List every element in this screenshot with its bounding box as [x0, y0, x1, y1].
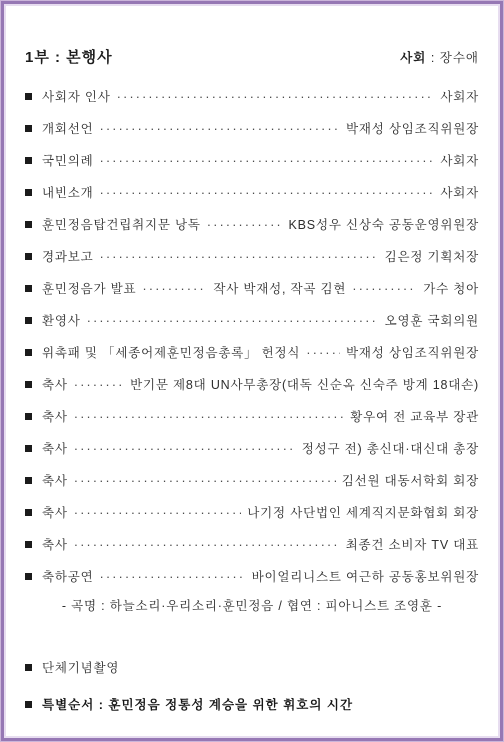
program-item: 축사 반기문 제8대 UN사무총장(대독 신순옥 신숙주 방계 18대손)	[25, 368, 479, 400]
program-item: 위촉패 및 「세종어제훈민정음총록」 헌정식 박재성 상임조직위원장	[25, 336, 479, 368]
program-item: 훈민정음가 발표 작사 박재성, 작곡 김현 가수 청아	[25, 272, 479, 304]
program-item: 훈민정음탑건립취지문 낭독 KBS성우 신상숙 공동운영위원장	[25, 208, 479, 240]
host-label: 사회	[400, 51, 426, 65]
program-item-presenter: 반기문 제8대 UN사무총장(대독 신순옥 신숙주 방계 18대손)	[130, 375, 479, 393]
program-item-label: 개회선언	[42, 119, 94, 137]
program-item-presenter: 사회자	[440, 183, 479, 201]
dot-leader	[100, 153, 435, 168]
program-item-presenter: 나기정 사단법인 세계직지문화협회 회장	[247, 503, 479, 521]
host-name: : 장수애	[426, 51, 479, 65]
program-item-presenter: KBS성우 신상숙 공동운영위원장	[289, 215, 479, 233]
program-item: 환영사 오영훈 국회의원	[25, 304, 479, 336]
program-item: 내빈소개 사회자	[25, 176, 479, 208]
program-item: 축사 나기정 사단법인 세계직지문화협회 회장	[25, 496, 479, 528]
program-item-label: 축하공연	[42, 567, 94, 585]
bullet-square-icon	[25, 253, 32, 260]
program-item-detail: 작사 박재성, 작곡 김현	[213, 279, 346, 297]
program-item-presenter: 황우여 전 교육부 장관	[350, 407, 479, 425]
program-item-label: 축사	[42, 503, 68, 521]
program-item-presenter: 박재성 상임조직위원장	[346, 119, 479, 137]
program-item-label: 경과보고	[42, 247, 94, 265]
bullet-square-icon	[25, 541, 32, 548]
dot-leader	[100, 249, 379, 264]
program-item-label: 축사	[42, 471, 68, 489]
dot-leader	[74, 473, 336, 488]
program-item: 축하공연 바이얼리니스트 여근하 공동홍보위원장	[25, 560, 479, 592]
program-item-presenter: 사회자	[440, 87, 479, 105]
song-credit-note: - 곡명 : 하늘소리·우리소리·훈민정음 / 협연 : 피아니스트 조영훈 -	[25, 594, 479, 618]
program-item-label: 국민의례	[42, 151, 94, 169]
program-item-label: 축사	[42, 439, 68, 457]
bullet-square-icon	[25, 157, 32, 164]
section-title: 1부 : 본행사	[25, 46, 113, 67]
program-item-presenter: 가수 청아	[423, 279, 479, 297]
document-content: 1부 : 본행사 사회 : 장수애 사회자 인사 사회자 개회선언 박재성 상임…	[0, 0, 504, 742]
dot-leader	[74, 441, 296, 456]
program-item-presenter: 바이얼리니스트 여근하 공동홍보위원장	[252, 567, 479, 585]
program-item-label: 훈민정음탑건립취지문 낭독	[42, 215, 201, 233]
dot-leader	[117, 89, 435, 104]
program-item-presenter: 정성구 전) 총신대·대신대 총장	[302, 439, 479, 457]
bullet-square-icon	[25, 381, 32, 388]
dot-leader	[74, 409, 345, 424]
dot-leader	[306, 345, 340, 360]
program-list: 사회자 인사 사회자 개회선언 박재성 상임조직위원장 국민의례 사회자 내빈소…	[25, 80, 479, 592]
dot-leader	[100, 121, 340, 136]
program-item-presenter: 오영훈 국회의원	[385, 311, 479, 329]
bullet-square-icon	[25, 445, 32, 452]
program-item-label: 사회자 인사	[42, 87, 111, 105]
program-item: 사회자 인사 사회자	[25, 80, 479, 112]
section-header: 1부 : 본행사 사회 : 장수애	[25, 46, 479, 67]
program-item: 축사 황우여 전 교육부 장관	[25, 400, 479, 432]
program-item-label: 축사	[42, 407, 68, 425]
dot-leader	[74, 537, 340, 552]
bullet-square-icon	[25, 317, 32, 324]
bullet-square-icon	[25, 221, 32, 228]
bullet-square-icon	[25, 573, 32, 580]
dot-leader	[100, 185, 435, 200]
program-item-presenter: 사회자	[440, 151, 479, 169]
bullet-square-icon	[25, 477, 32, 484]
bullet-square-icon	[25, 189, 32, 196]
dot-leader	[87, 313, 379, 328]
program-item-label: 환영사	[42, 311, 81, 329]
program-item: 축사 정성구 전) 총신대·대신대 총장	[25, 432, 479, 464]
footer-item: 단체기념촬영	[25, 648, 479, 685]
bullet-square-icon	[25, 413, 32, 420]
footer-item-label: 단체기념촬영	[42, 658, 119, 676]
bullet-square-icon	[25, 93, 32, 100]
host-credit: 사회 : 장수애	[400, 48, 479, 66]
bullet-square-icon	[25, 664, 32, 671]
bullet-square-icon	[25, 701, 32, 708]
bullet-square-icon	[25, 509, 32, 516]
program-item: 국민의례 사회자	[25, 144, 479, 176]
bullet-square-icon	[25, 125, 32, 132]
program-item-presenter: 박재성 상임조직위원장	[346, 343, 479, 361]
program-item: 개회선언 박재성 상임조직위원장	[25, 112, 479, 144]
footer-item: 특별순서 : 훈민정음 정통성 계승을 위한 휘호의 시간	[25, 685, 479, 722]
program-item: 축사 김선원 대동서학회 회장	[25, 464, 479, 496]
event-program-document: 1부 : 본행사 사회 : 장수애 사회자 인사 사회자 개회선언 박재성 상임…	[0, 0, 504, 742]
dot-leader	[142, 281, 207, 296]
program-item-label: 위촉패 및 「세종어제훈민정음총록」 헌정식	[42, 343, 300, 361]
dot-leader	[100, 569, 246, 584]
program-footer: 단체기념촬영 특별순서 : 훈민정음 정통성 계승을 위한 휘호의 시간	[25, 648, 479, 722]
dot-leader	[74, 505, 242, 520]
program-item: 경과보고 김은정 기획처장	[25, 240, 479, 272]
dot-leader	[207, 217, 283, 232]
program-item-label: 축사	[42, 375, 68, 393]
program-item-label: 축사	[42, 535, 68, 553]
program-item-label: 내빈소개	[42, 183, 94, 201]
dot-leader	[352, 281, 417, 296]
bullet-square-icon	[25, 349, 32, 356]
program-item: 축사 최종건 소비자 TV 대표	[25, 528, 479, 560]
dot-leader	[74, 377, 124, 392]
program-item-presenter: 최종건 소비자 TV 대표	[346, 535, 479, 553]
bullet-square-icon	[25, 285, 32, 292]
program-item-label: 훈민정음가 발표	[42, 279, 136, 297]
program-item-presenter: 김선원 대동서학회 회장	[342, 471, 479, 489]
program-item-presenter: 김은정 기획처장	[385, 247, 479, 265]
footer-item-label: 특별순서 : 훈민정음 정통성 계승을 위한 휘호의 시간	[42, 695, 353, 713]
